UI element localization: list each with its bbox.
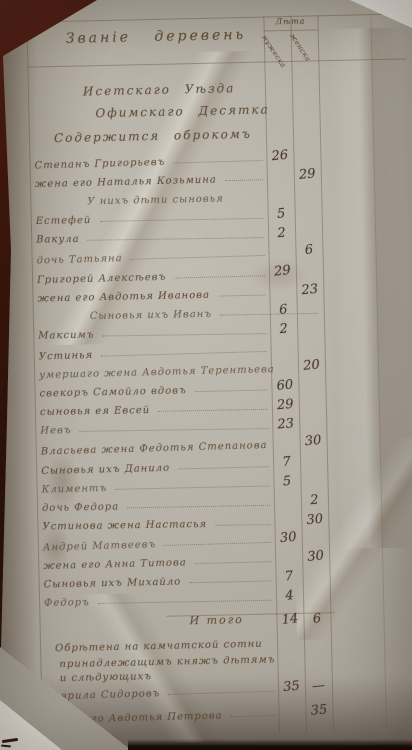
dotted-leader — [158, 409, 268, 412]
dotted-leader — [195, 390, 268, 393]
dotted-leader — [215, 524, 270, 526]
total-male: 14 — [276, 611, 304, 628]
table-shadow-bottom — [128, 739, 412, 750]
age-male: 4 — [275, 588, 303, 605]
person-name: Максимъ — [38, 330, 94, 342]
age-female: 30 — [299, 433, 327, 451]
dotted-leader — [195, 561, 272, 564]
person-name: Вакула — [36, 234, 80, 246]
section-heading-line: Офимскаго Десятка — [95, 102, 270, 120]
total-female: 6 — [303, 610, 331, 627]
dotted-leader — [174, 275, 265, 278]
age-male: 7 — [272, 453, 300, 470]
age-male: 60 — [271, 377, 299, 394]
age-female: 30 — [302, 548, 330, 565]
age-female: 23 — [296, 281, 324, 298]
photo-frame: Званіе деревень Лѣта мужеска женска Исет… — [0, 0, 412, 750]
section-heading-line: Содержится оброкомъ — [54, 127, 252, 145]
age-male: 5 — [273, 473, 301, 490]
dotted-leader — [98, 600, 272, 604]
dotted-leader — [218, 294, 265, 296]
rule-right-faint — [370, 18, 386, 728]
age-male: 5 — [267, 206, 295, 223]
dotted-leader — [178, 466, 269, 469]
page-sheet: Званіе деревень Лѣта мужеска женска Исет… — [0, 0, 412, 750]
person-name: Федоръ — [44, 597, 90, 609]
age-male: 6 — [269, 301, 297, 318]
age-column-group-label: Лѣта — [263, 16, 317, 26]
section-heading-line: Исетскаго Уѣзда — [83, 81, 236, 98]
person-name: Иевъ — [40, 425, 71, 436]
dotted-leader — [164, 542, 271, 546]
total-label: И того — [189, 613, 244, 627]
dotted-leader — [88, 238, 265, 242]
manuscript-page: Званіе деревень Лѣта мужеска женска Исет… — [0, 0, 412, 750]
dotted-leader — [220, 313, 318, 316]
paper-crease — [319, 27, 412, 549]
age-female: 29 — [293, 166, 321, 183]
age-male: 35 — [277, 678, 305, 696]
dotted-leader — [99, 218, 263, 222]
dotted-leader — [115, 485, 269, 489]
age-female: 20 — [297, 357, 325, 374]
footer-heading-line: принадлежащимъ княжъ дѣтямъ — [59, 654, 275, 670]
total-row: И того 14 6 — [44, 605, 332, 633]
age-male: 26 — [266, 147, 294, 165]
age-male: 29 — [271, 397, 299, 414]
footer-heading-line: Обрѣтена на камчатской сотни — [55, 639, 263, 655]
register-rows: Степанъ Григорьевъ 26 жена его Наталья К… — [34, 145, 332, 609]
age-male: 29 — [268, 262, 296, 279]
age-male: 7 — [275, 568, 303, 585]
dotted-leader — [168, 691, 274, 695]
dotted-leader — [131, 256, 265, 261]
age-female: — — [304, 677, 332, 695]
rule-top — [26, 13, 405, 22]
dotted-leader — [173, 160, 262, 164]
page-title: Званіе деревень — [66, 27, 247, 47]
age-male: 30 — [274, 529, 302, 547]
rule-under-title — [27, 58, 406, 67]
age-female: 6 — [295, 242, 323, 260]
dotted-leader — [102, 333, 266, 336]
dotted-leader — [225, 179, 263, 181]
dotted-leader — [231, 715, 275, 717]
dotted-leader — [189, 581, 271, 584]
age-female: 2 — [300, 492, 328, 509]
age-female: 35 — [305, 702, 333, 719]
dotted-leader — [127, 505, 270, 509]
